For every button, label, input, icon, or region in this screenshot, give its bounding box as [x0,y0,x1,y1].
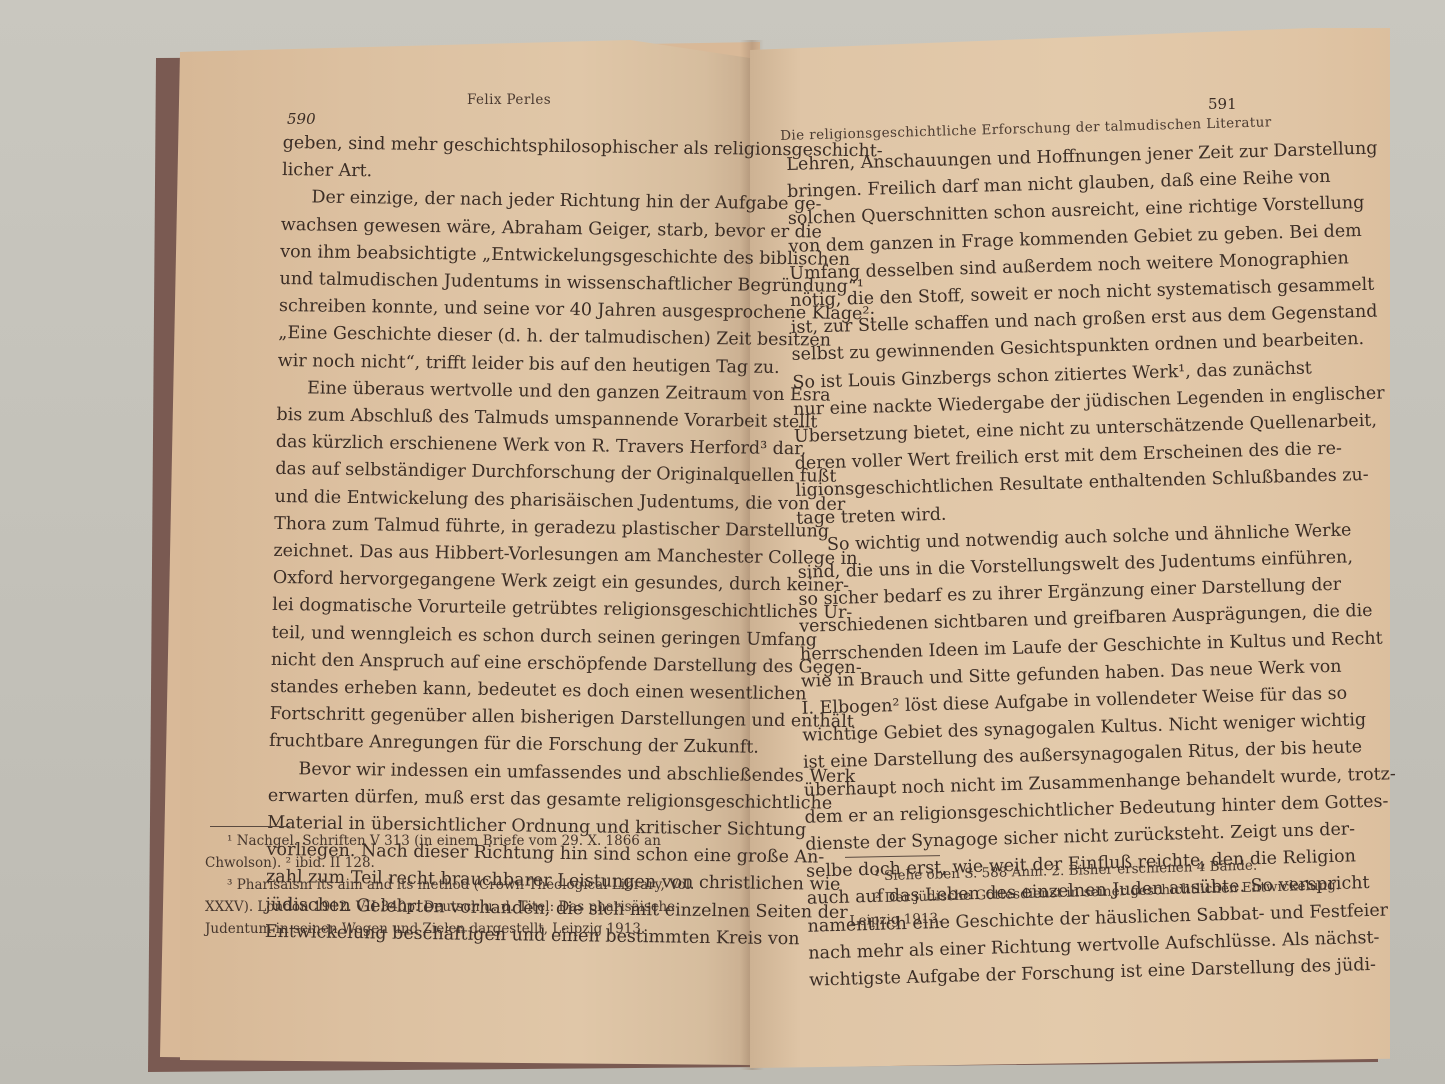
left-footnotes: ¹ Nachgel. Schriften V 313 (in einem Bri… [205,830,725,940]
photo-scene: 590 Felix Perles geben, sind mehr geschi… [0,0,1445,1084]
footnote-line: ¹ Nachgel. Schriften V 313 (in einem Bri… [205,830,725,852]
footnote-rule [210,826,290,827]
left-running-head: Felix Perles [467,92,551,108]
footnote-line: Judentum in seinen Wegen und Zielen darg… [205,918,725,940]
footnote-line: XXXV). London 1912. VII 340p. Deutsch u.… [205,896,725,918]
right-page-number: 591 [1208,95,1237,113]
footnote-line: ³ Pharisaism its aim and its method (Cro… [205,874,725,896]
footnote-line: Chwolson). ² ibid. II 128. [205,852,725,874]
left-page-body: geben, sind mehr geschichtsphilosophisch… [264,130,732,952]
left-page-number: 590 [287,110,316,128]
